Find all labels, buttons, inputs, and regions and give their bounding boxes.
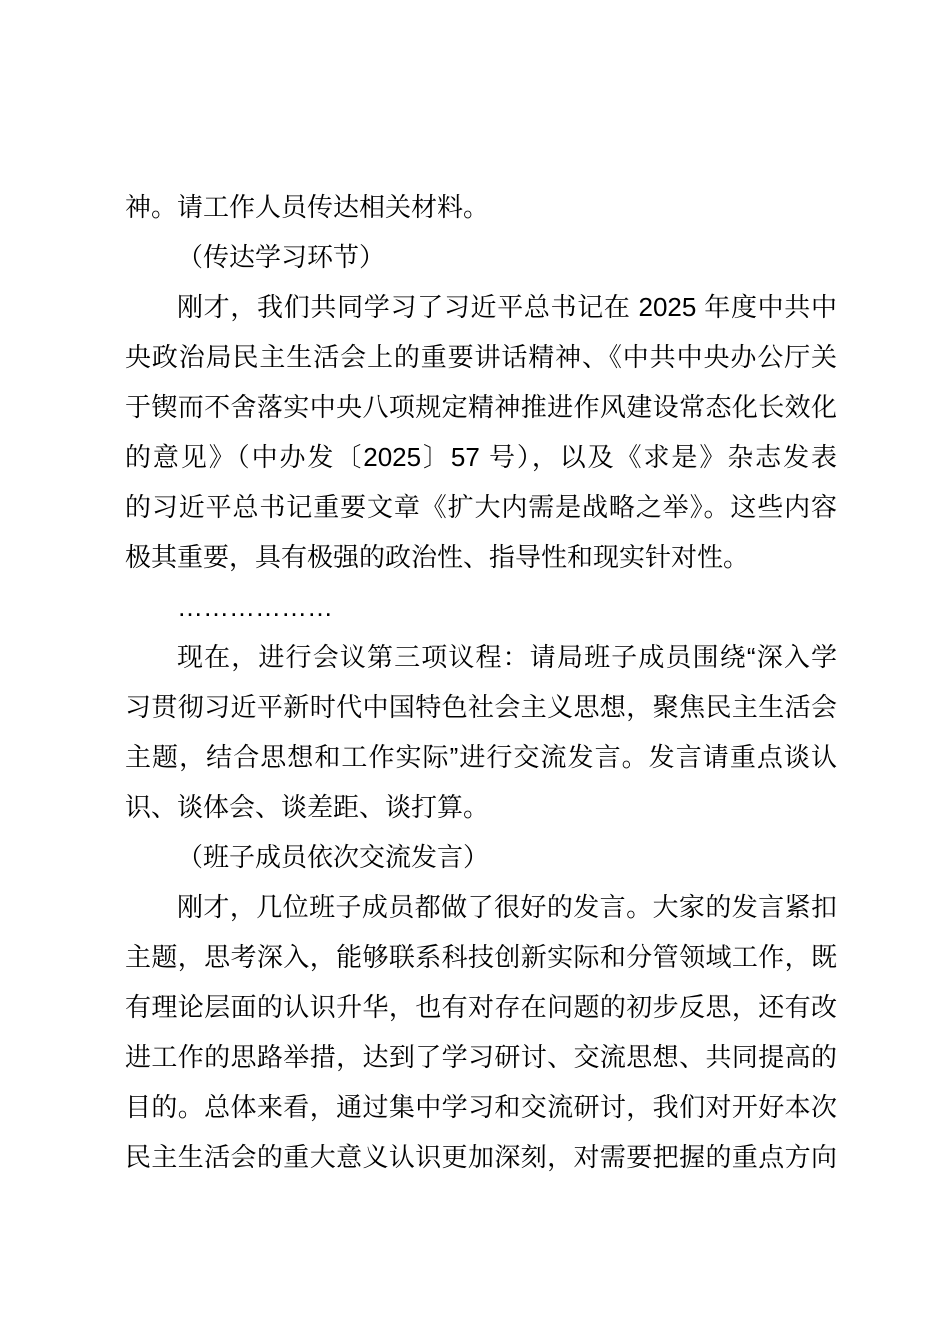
text-line: 神。请工作人员传达相关材料。 xyxy=(125,182,837,232)
text-line: 现在，进行会议第三项议程：请局班子成员围绕“深入学 xyxy=(125,632,837,682)
text-line: 有理论层面的认识升华，也有对存在问题的初步反思，还有改 xyxy=(125,982,837,1032)
text-line: 目的。总体来看，通过集中学习和交流研讨，我们对开好本次 xyxy=(125,1082,837,1132)
text-line: 刚才，几位班子成员都做了很好的发言。大家的发言紧扣 xyxy=(125,882,837,932)
document-body-text: 神。请工作人员传达相关材料。（传达学习环节）刚才，我们共同学习了习近平总书记在 … xyxy=(125,182,837,1182)
text-line: 习贯彻习近平新时代中国特色社会主义思想，聚焦民主生活会 xyxy=(125,682,837,732)
text-line: 主题，思考深入，能够联系科技创新实际和分管领域工作，既 xyxy=(125,932,837,982)
text-line: 于锲而不舍落实中央八项规定精神推进作风建设常态化长效化 xyxy=(125,382,837,432)
text-line: （班子成员依次交流发言） xyxy=(125,832,837,882)
text-line: 央政治局民主生活会上的重要讲话精神、《中共中央办公厅关 xyxy=(125,332,837,382)
text-line: 识、谈体会、谈差距、谈打算。 xyxy=(125,782,837,832)
text-line: 刚才，我们共同学习了习近平总书记在 2025 年度中共中 xyxy=(125,282,837,332)
text-line: 进工作的思路举措，达到了学习研讨、交流思想、共同提高的 xyxy=(125,1032,837,1082)
text-line: 的意见》（中办发〔2025〕57 号），以及《求是》杂志发表 xyxy=(125,432,837,482)
text-line: 极其重要，具有极强的政治性、指导性和现实针对性。 xyxy=(125,532,837,582)
text-line: 主题，结合思想和工作实际”进行交流发言。发言请重点谈认 xyxy=(125,732,837,782)
text-line: ……………… xyxy=(125,582,837,632)
text-line: 的习近平总书记重要文章《扩大内需是战略之举》。这些内容 xyxy=(125,482,837,532)
text-line: 民主生活会的重大意义认识更加深刻，对需要把握的重点方向 xyxy=(125,1132,837,1182)
document-page: 神。请工作人员传达相关材料。（传达学习环节）刚才，我们共同学习了习近平总书记在 … xyxy=(0,0,950,1344)
text-line: （传达学习环节） xyxy=(125,232,837,282)
